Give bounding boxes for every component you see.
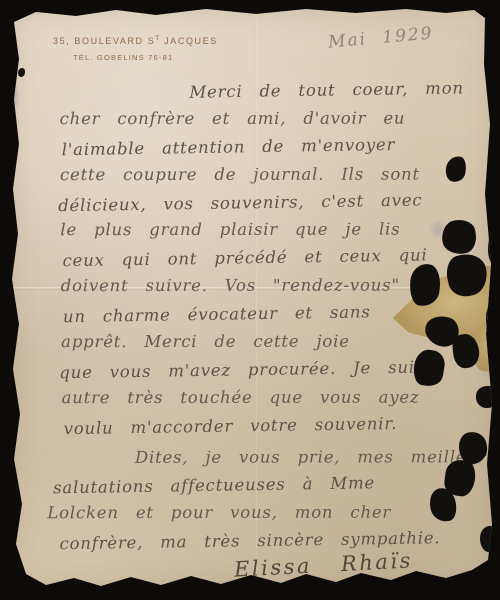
blue-mark [8, 84, 17, 108]
letterhead-address-text: JACQUES [160, 36, 218, 46]
burn-hole [486, 299, 500, 339]
letterhead-address: 35, BOULEVARD ST JACQUES [53, 36, 218, 46]
letter-line: Merci de tout coeur, mon [189, 78, 493, 111]
letterhead-phone: TÉL. GOBELINS 76-81 [73, 53, 218, 62]
letter-line: cher confrère et ami, d'avoir eu [60, 108, 494, 137]
letter-line: l'aimable attention de m'envoyer [62, 133, 494, 168]
letter-line: Lolcken et pour vous, mon cher [47, 503, 496, 532]
ink-spot [18, 68, 25, 77]
letter-line: voulu m'accorder votre souvenir. [64, 412, 496, 447]
letter-line: le plus grand plaisir que je lis [60, 220, 494, 249]
burn-hole [493, 556, 500, 570]
date-annotation: Mai 1929 [327, 23, 434, 52]
burn-hole [488, 229, 500, 267]
letterhead-address-text: 35, BOULEVARD S [53, 36, 155, 46]
letter-line: cette coupure de journal. Ils sont [60, 164, 494, 193]
burn-hole [490, 354, 500, 380]
letter-line: Dites, je vous prie, mes meilleures [135, 447, 496, 476]
letter-paper: 35, BOULEVARD ST JACQUES TÉL. GOBELINS 7… [6, 4, 495, 594]
burn-hole [480, 526, 498, 552]
burn-hole [485, 566, 494, 575]
letter-line: autre très touchée que vous ayez [62, 387, 496, 416]
burn-hole [492, 152, 500, 170]
burn-hole [476, 386, 498, 408]
letterhead: 35, BOULEVARD ST JACQUES TÉL. GOBELINS 7… [53, 36, 218, 62]
letter-scan: 35, BOULEVARD ST JACQUES TÉL. GOBELINS 7… [0, 0, 500, 600]
letter-line: délicieux, vos souvenirs, c'est avec [58, 189, 494, 224]
